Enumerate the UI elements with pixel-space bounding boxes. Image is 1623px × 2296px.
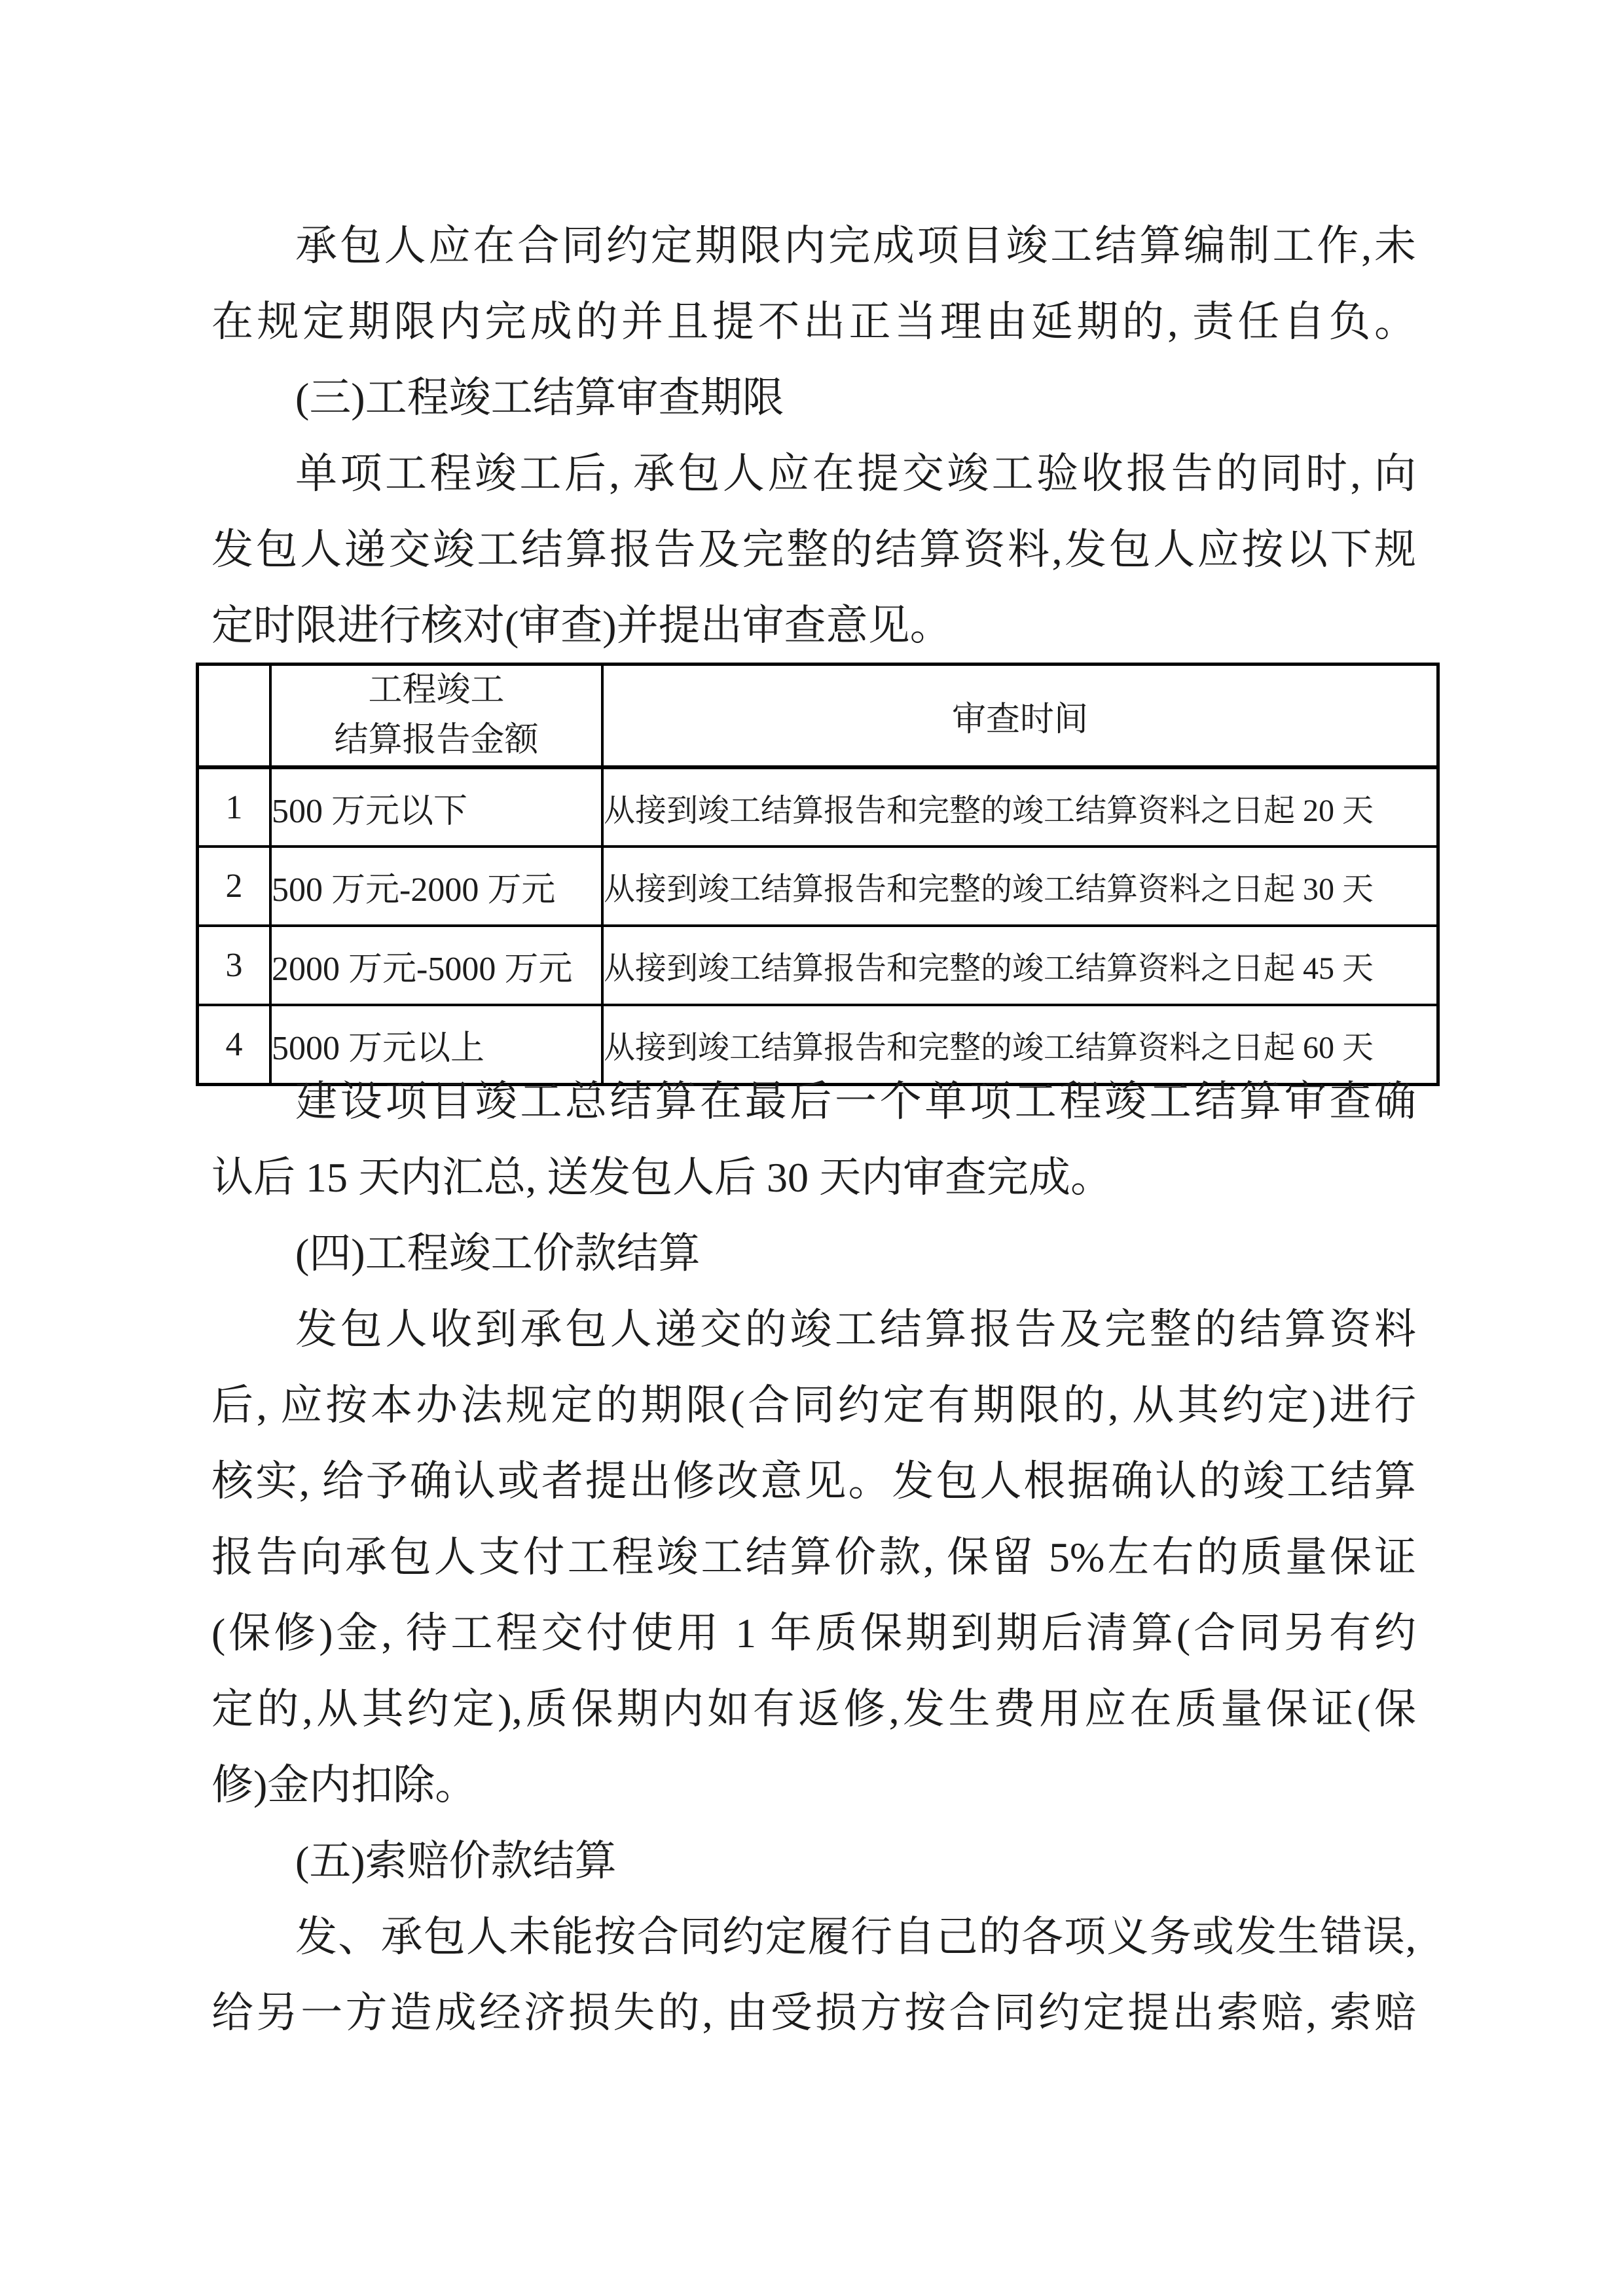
text-line: 建设项目竣工总结算在最后一个单项工程竣工结算审查确 [211, 1064, 1416, 1140]
table-row: 1 500 万元以下 从接到竣工结算报告和完整的竣工结算资料之日起 20 天 [198, 767, 1438, 847]
cell-amount: 500 万元以下 [270, 767, 602, 847]
header-cell-time: 审查时间 [602, 665, 1438, 768]
cell-amount: 2000 万元-5000 万元 [270, 926, 602, 1005]
text-line: 认后 15 天内汇总, 送发包人后 30 天内审查完成。 [211, 1140, 1416, 1216]
text-line: 发、承包人未能按合同约定履行自己的各项义务或发生错误, [211, 1899, 1416, 1975]
text-line: 发包人收到承包人递交的竣工结算报告及完整的结算资料 [211, 1292, 1416, 1368]
cell-index: 2 [198, 847, 271, 926]
section-heading: (三)工程竣工结算审查期限 [211, 360, 1416, 436]
table-row: 2 500 万元-2000 万元 从接到竣工结算报告和完整的竣工结算资料之日起 … [198, 847, 1438, 926]
header-amount-line1: 工程竣工 [272, 666, 601, 716]
cell-index: 1 [198, 767, 271, 847]
text-line: 在规定期限内完成的并且提不出正当理由延期的, 责任自负。 [211, 284, 1416, 360]
text-line: 报告向承包人支付工程竣工结算价款, 保留 5%左右的质量保证 [211, 1520, 1416, 1595]
cell-amount: 500 万元-2000 万元 [270, 847, 602, 926]
cell-time: 从接到竣工结算报告和完整的竣工结算资料之日起 45 天 [602, 926, 1438, 1005]
section-heading: (五)索赔价款结算 [211, 1823, 1416, 1899]
text-block-lower: 建设项目竣工总结算在最后一个单项工程竣工结算审查确 认后 15 天内汇总, 送发… [211, 1064, 1416, 2051]
header-amount-line2: 结算报告金额 [272, 716, 601, 765]
text-line: 定的,从其约定),质保期内如有返修,发生费用应在质量保证(保 [211, 1671, 1416, 1747]
text-line: 修)金内扣除。 [211, 1747, 1416, 1823]
text-line: 单项工程竣工后, 承包人应在提交竣工验收报告的同时, 向 [211, 436, 1416, 512]
review-time-table: 工程竣工 结算报告金额 审查时间 1 500 万元以下 从接到竣工结算报告和完整… [196, 663, 1440, 1086]
text-line: 核实, 给予确认或者提出修改意见。发包人根据确认的竣工结算 [211, 1444, 1416, 1520]
cell-time: 从接到竣工结算报告和完整的竣工结算资料之日起 20 天 [602, 767, 1438, 847]
section-heading: (四)工程竣工价款结算 [211, 1216, 1416, 1292]
header-cell-index [198, 665, 271, 768]
text-line: 发包人递交竣工结算报告及完整的结算资料,发包人应按以下规 [211, 512, 1416, 588]
text-line: 承包人应在合同约定期限内完成项目竣工结算编制工作,未 [211, 208, 1416, 284]
text-line: (保修)金, 待工程交付使用 1 年质保期到期后清算(合同另有约 [211, 1595, 1416, 1671]
table-header-row: 工程竣工 结算报告金额 审查时间 [198, 665, 1438, 768]
cell-index: 3 [198, 926, 271, 1005]
text-line: 给另一方造成经济损失的, 由受损方按合同约定提出索赔, 索赔 [211, 1975, 1416, 2051]
text-line: 定时限进行核对(审查)并提出审查意见。 [211, 588, 1416, 664]
cell-time: 从接到竣工结算报告和完整的竣工结算资料之日起 30 天 [602, 847, 1438, 926]
header-cell-amount: 工程竣工 结算报告金额 [270, 665, 602, 768]
text-block-upper: 承包人应在合同约定期限内完成项目竣工结算编制工作,未 在规定期限内完成的并且提不… [211, 208, 1416, 664]
table-row: 3 2000 万元-5000 万元 从接到竣工结算报告和完整的竣工结算资料之日起… [198, 926, 1438, 1005]
text-line: 后, 应按本办法规定的期限(合同约定有期限的, 从其约定)进行 [211, 1368, 1416, 1444]
document-page: 承包人应在合同约定期限内完成项目竣工结算编制工作,未 在规定期限内完成的并且提不… [0, 0, 1623, 2296]
